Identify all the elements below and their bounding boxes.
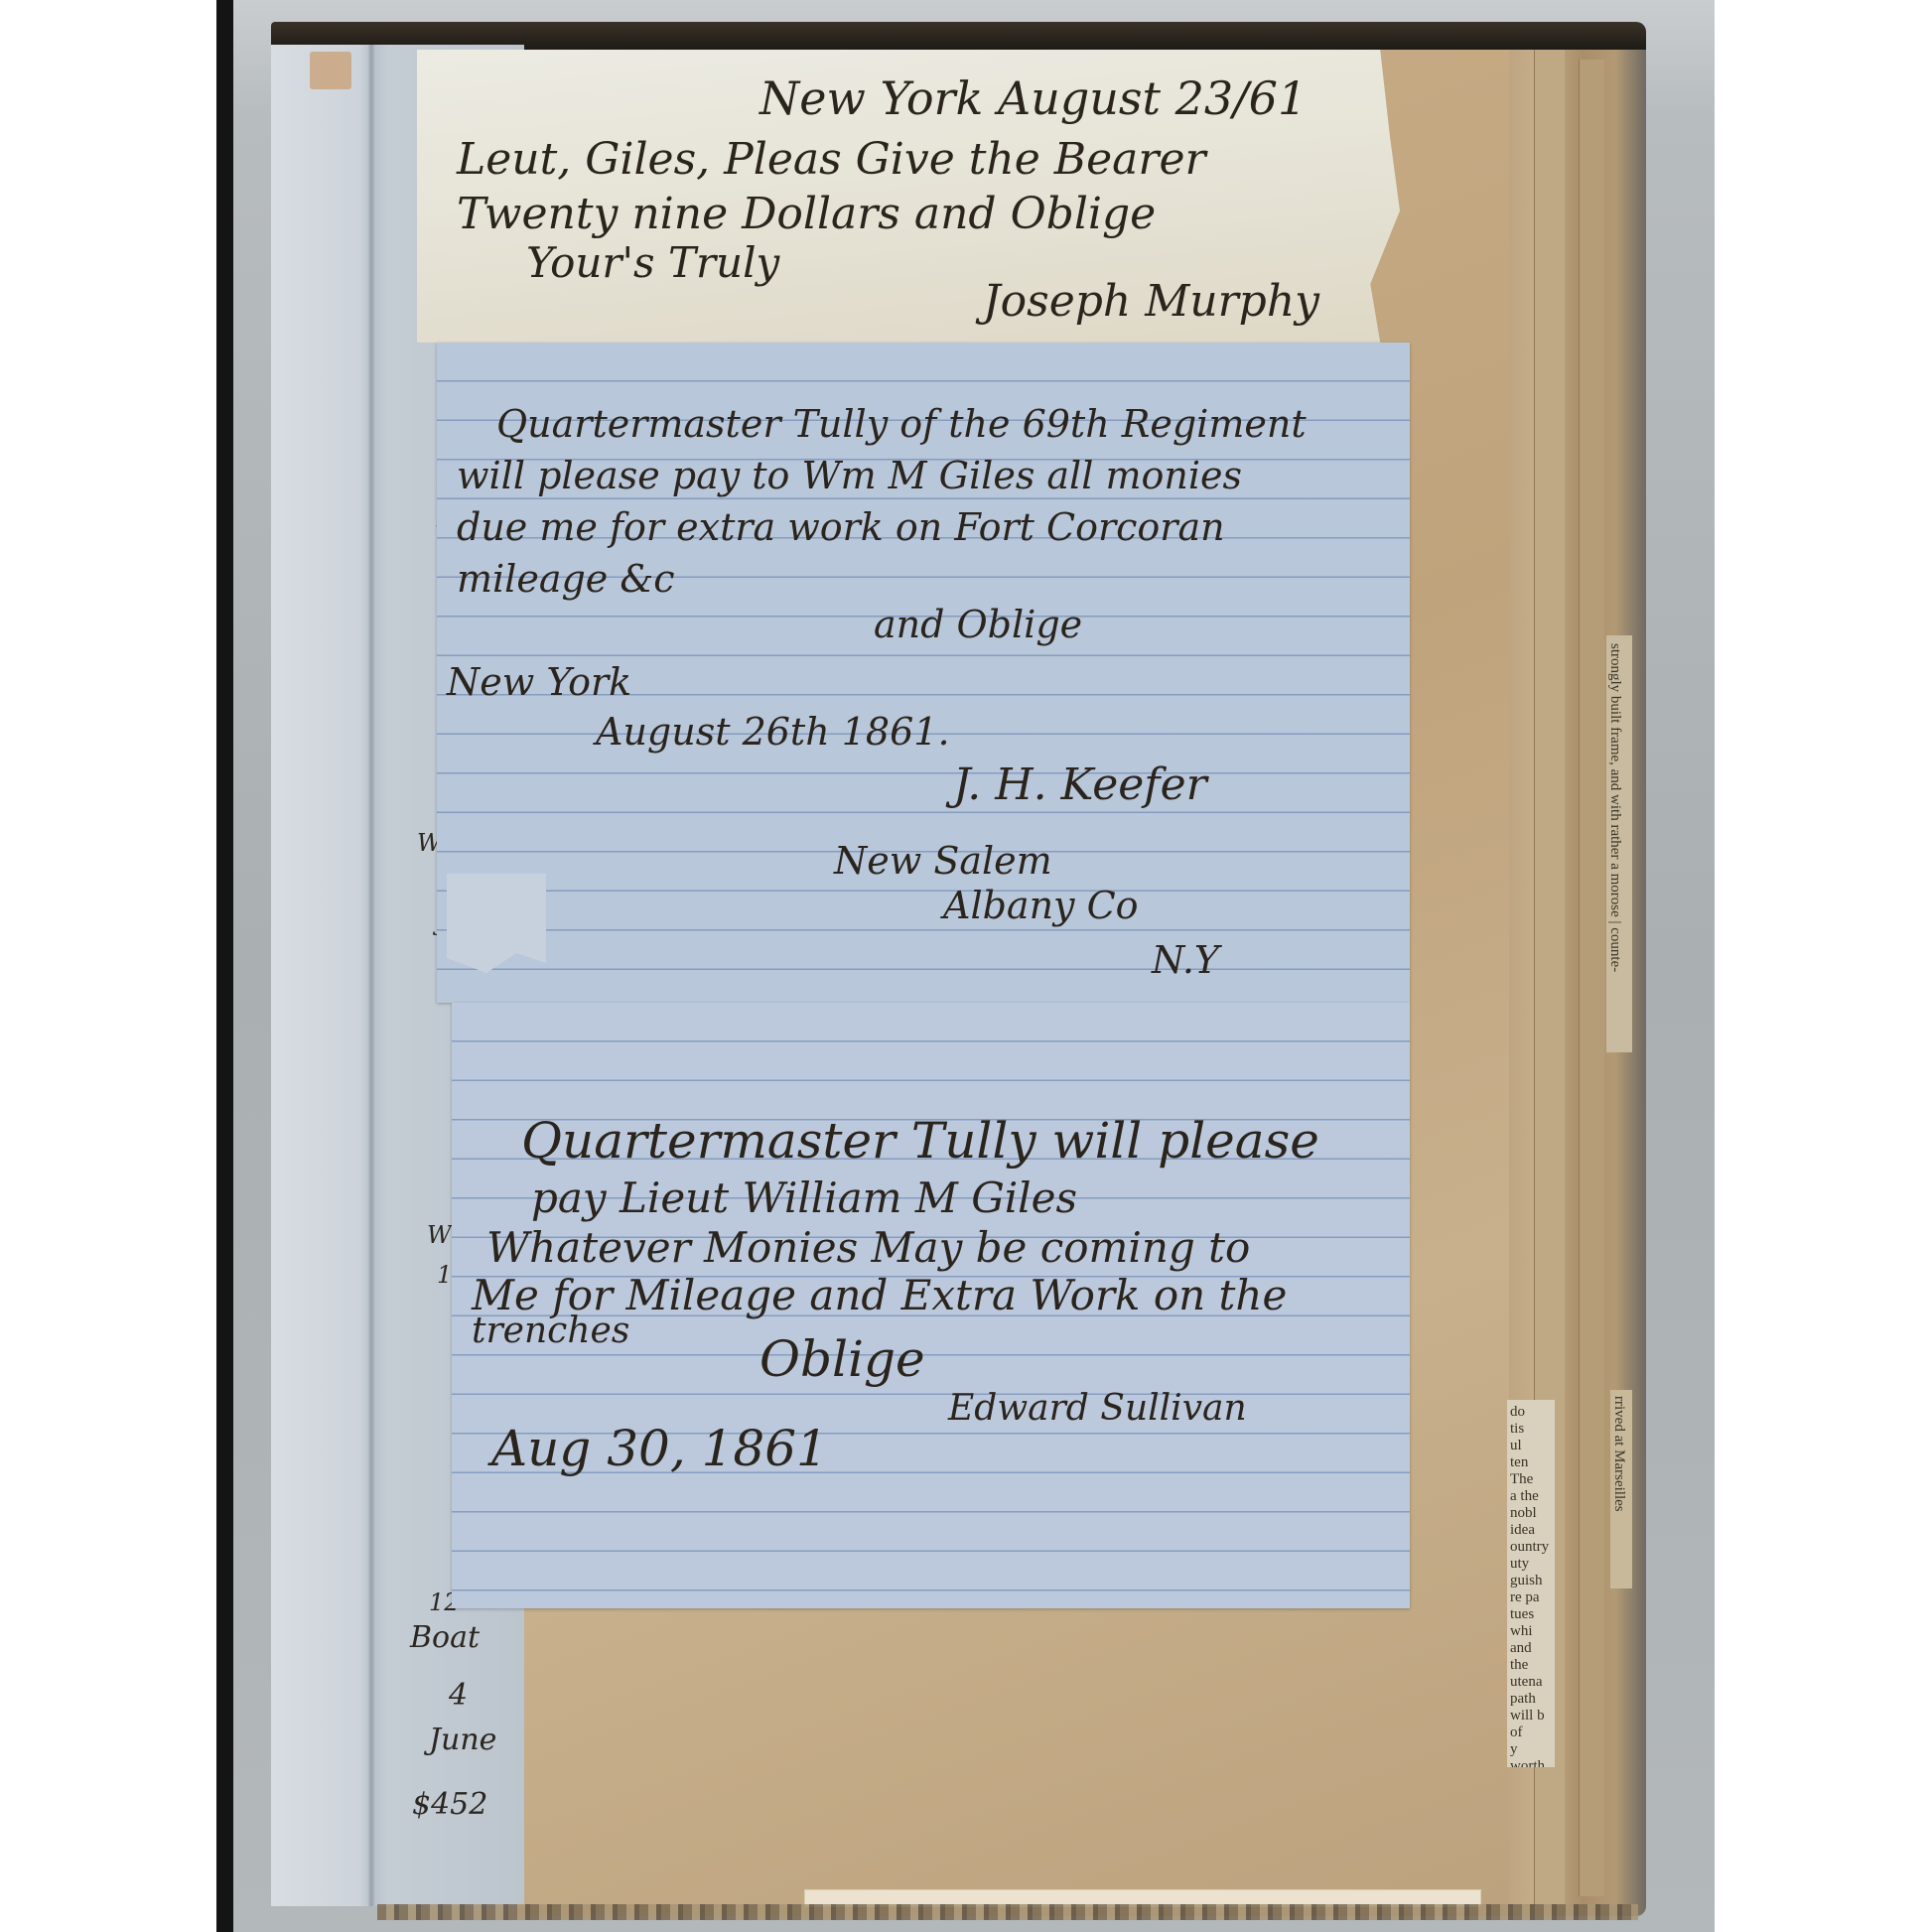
note-address-line: N.Y bbox=[1152, 938, 1219, 982]
newspaper-clipping-upper: strongly built frame, and with rather a … bbox=[1606, 635, 1632, 1052]
note-text-line: Whatever Monies May be coming to bbox=[486, 1223, 1250, 1272]
margin-fragment: June bbox=[429, 1723, 496, 1757]
note-date: August 26th 1861. bbox=[596, 710, 950, 754]
newspaper-clipping-lower: rrived at Marseilles bbox=[1610, 1390, 1632, 1588]
margin-fragment: W bbox=[427, 1221, 452, 1249]
note-address-line: New Salem bbox=[834, 839, 1052, 883]
note-text-line: pay Lieut William M Giles bbox=[531, 1173, 1077, 1222]
note-edward-sullivan: Quartermaster Tully will please pay Lieu… bbox=[452, 1003, 1410, 1608]
book-page-layer bbox=[1579, 60, 1604, 1896]
scan-margin-left bbox=[0, 0, 216, 1932]
note-signature: Edward Sullivan bbox=[948, 1388, 1247, 1429]
margin-fragment: 4 bbox=[449, 1678, 468, 1713]
scan-margin-right bbox=[1715, 0, 1932, 1932]
note-place: New York bbox=[447, 660, 631, 704]
note-closing: Your's Truly bbox=[526, 238, 779, 287]
note-text-line: trenches bbox=[472, 1311, 629, 1351]
torn-paper-fragment bbox=[447, 874, 546, 973]
newspaper-column-fragment: do tis ul ten The a the nobl idea ountry… bbox=[1507, 1400, 1555, 1767]
note-date: Aug 30, 1861 bbox=[491, 1420, 828, 1477]
note-signature: J. H. Keefer bbox=[953, 759, 1207, 810]
note-text-line: due me for extra work on Fort Corcoran bbox=[457, 505, 1225, 549]
note-keefer: Quartermaster Tully of the 69th Regiment… bbox=[437, 343, 1410, 1003]
note-text-line: Leut, Giles, Pleas Give the Bearer bbox=[457, 134, 1206, 185]
note-closing: Oblige bbox=[759, 1330, 925, 1388]
page-fold-shadow bbox=[367, 45, 375, 1906]
paper-stain bbox=[310, 52, 351, 89]
note-date-line: New York August 23/61 bbox=[759, 71, 1307, 125]
margin-fragment: 1 bbox=[437, 1261, 452, 1289]
note-joseph-murphy: New York August 23/61 Leut, Giles, Pleas… bbox=[417, 50, 1400, 343]
margin-fragment: Boat bbox=[410, 1620, 480, 1655]
note-text-line: mileage &c bbox=[457, 557, 674, 601]
scan-border-bar bbox=[216, 0, 233, 1932]
note-text-line: Quartermaster Tully will please bbox=[521, 1112, 1319, 1170]
note-signature: Joseph Murphy bbox=[983, 276, 1319, 327]
note-text-line: Twenty nine Dollars and Oblige bbox=[457, 189, 1156, 239]
note-address-line: Albany Co bbox=[943, 884, 1139, 927]
note-text-line: will please pay to Wm M Giles all monies bbox=[457, 454, 1242, 497]
torn-bottom-edge bbox=[377, 1904, 1638, 1920]
margin-fragment: $452 bbox=[412, 1787, 487, 1822]
note-closing: and Oblige bbox=[874, 603, 1082, 646]
note-text-line: Quartermaster Tully of the 69th Regiment bbox=[496, 402, 1307, 446]
